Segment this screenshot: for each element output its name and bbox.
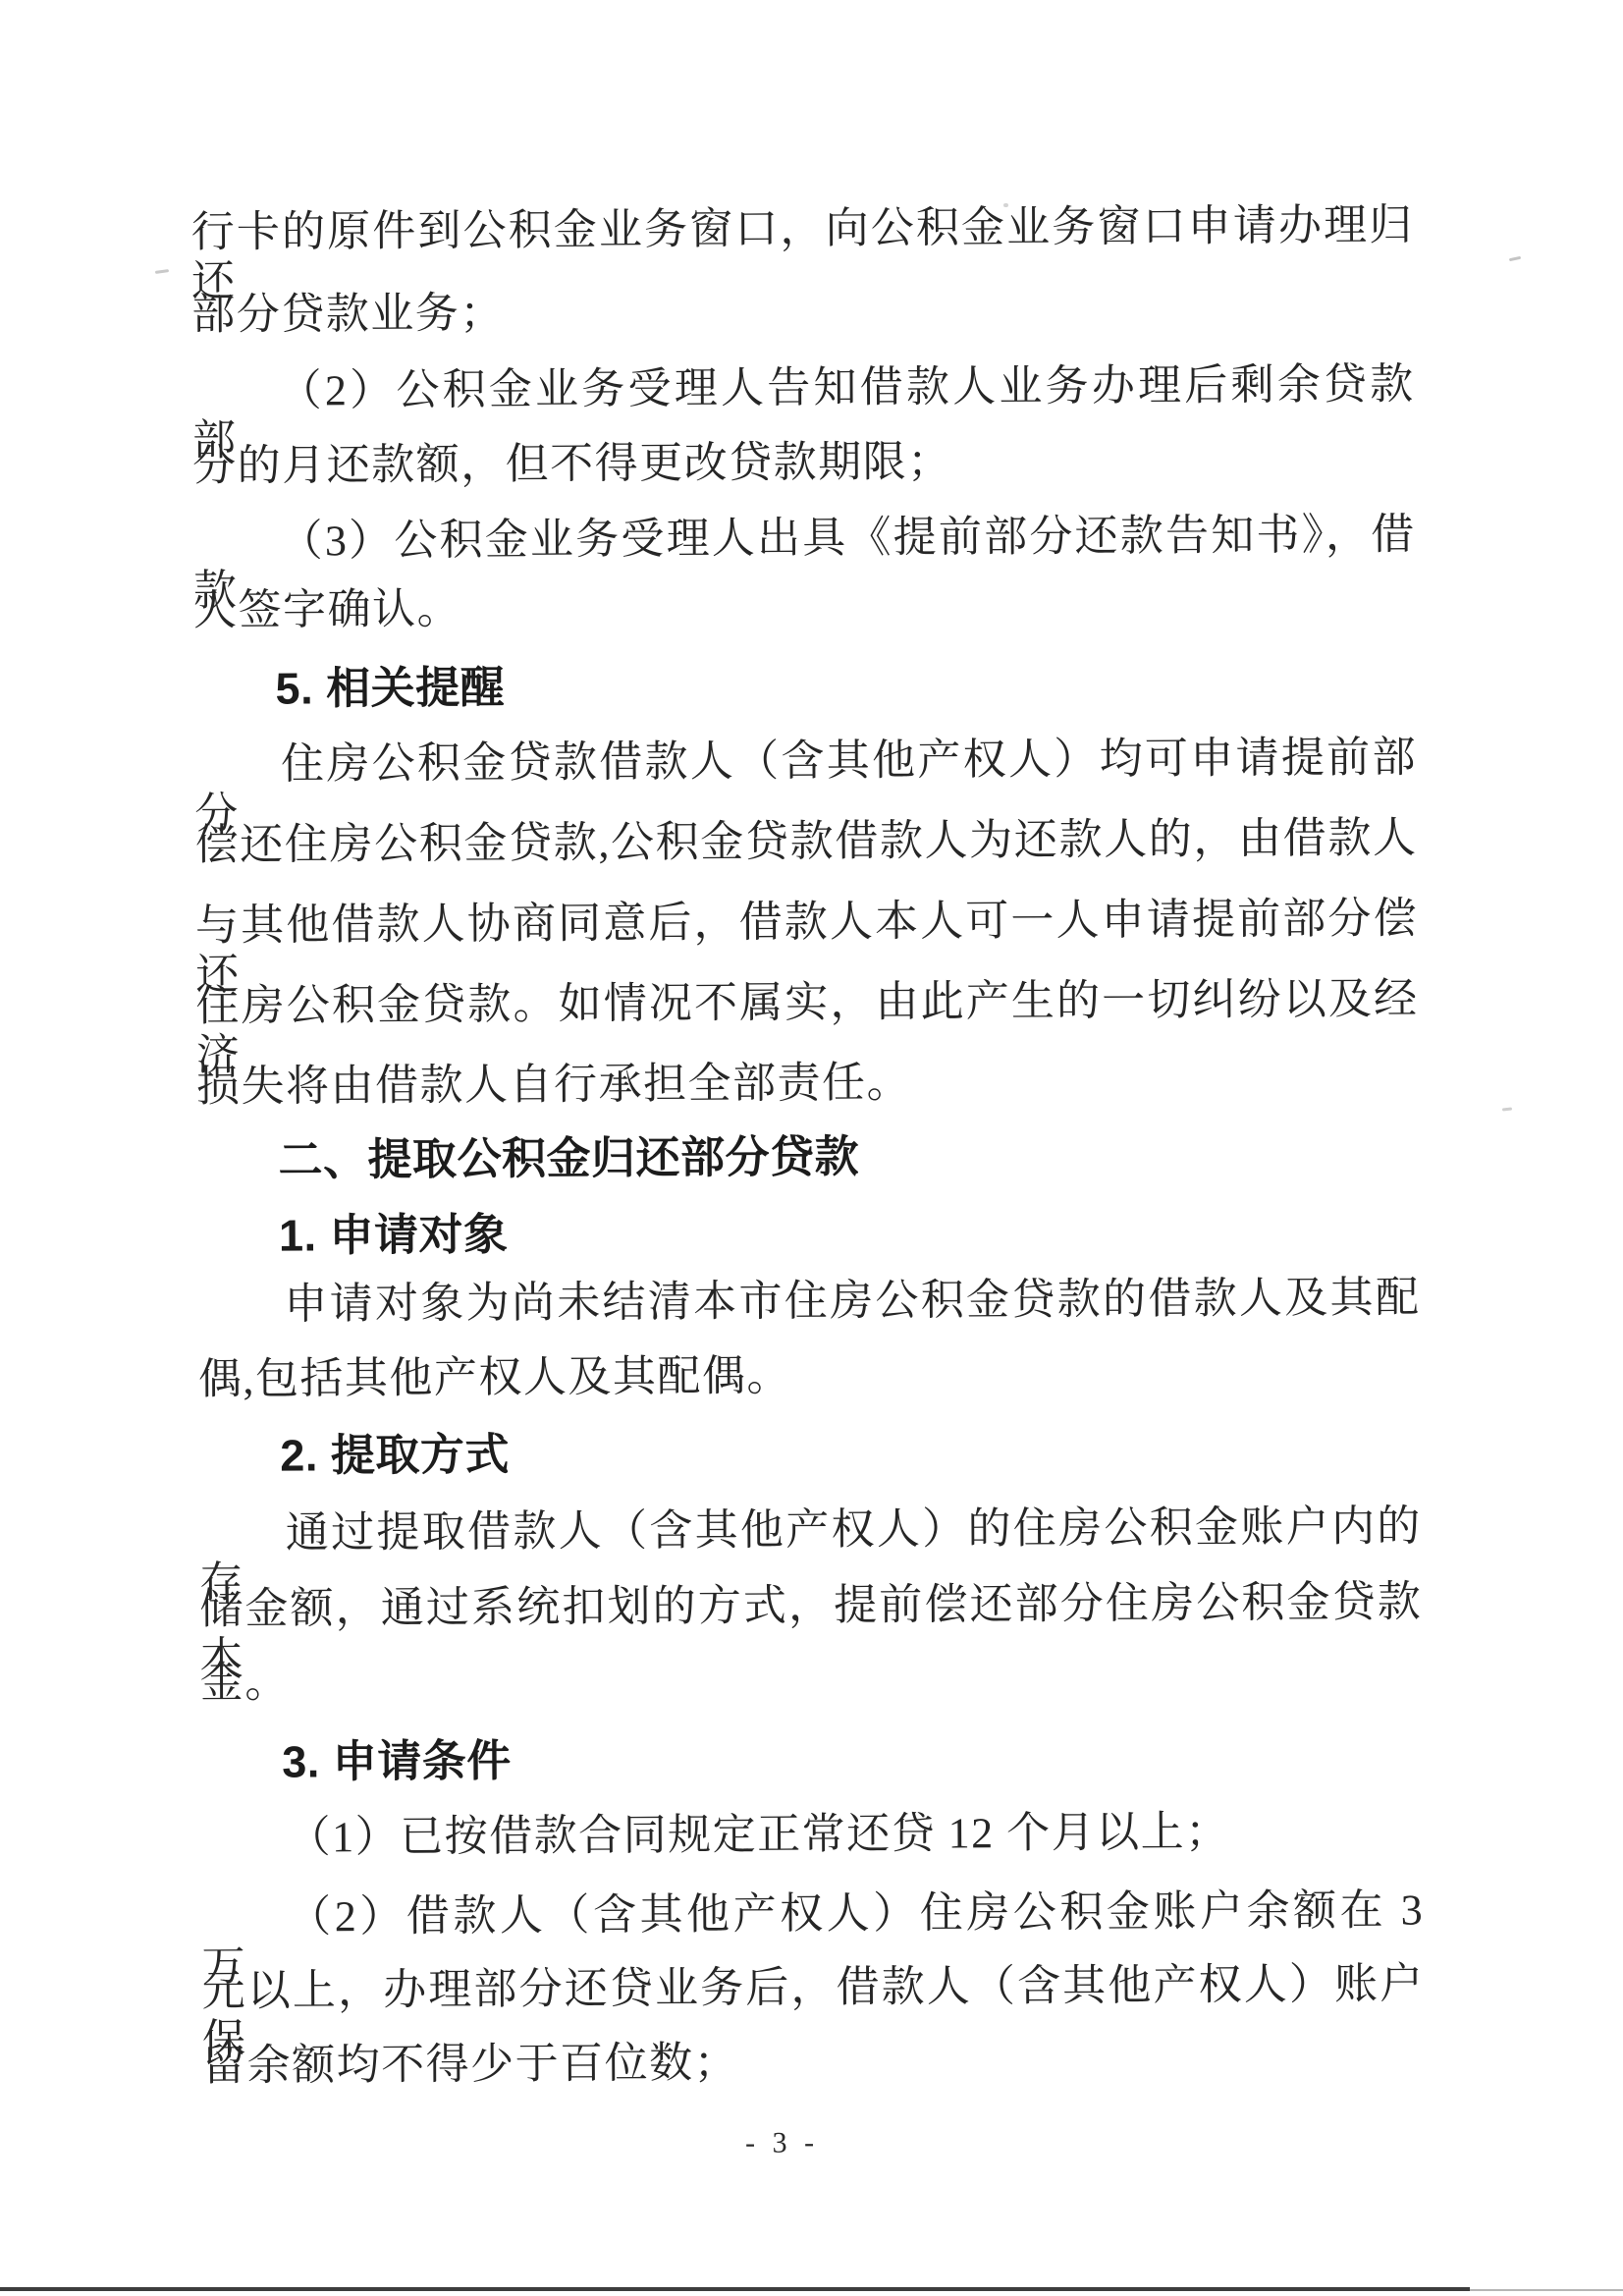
section-heading: 二、提取公积金归还部分贷款 xyxy=(278,1132,859,1185)
document-body: 行卡的原件到公积金业务窗口，向公积金业务窗口申请办理归还 部分贷款业务； （2）… xyxy=(0,0,1623,2296)
text-line: 部分贷款业务； xyxy=(191,284,1414,341)
text-line: 留余额均不得少于百位数； xyxy=(202,2035,1425,2092)
scan-edge-artifact xyxy=(0,2287,1470,2291)
scan-edge-artifact xyxy=(1470,2289,1623,2291)
text-line: 偶,包括其他产权人及其配偶。 xyxy=(198,1348,1421,1405)
text-line: 申请对象为尚未结清本市住房公积金贷款的借款人及其配 xyxy=(197,1274,1420,1331)
page-number: - 3 - xyxy=(7,2122,1558,2165)
section-heading: 1. 申请对象 xyxy=(279,1210,509,1260)
text-line: 人签字确认。 xyxy=(193,579,1416,636)
text-line: 分的月还款额，但不得更改贷款期限； xyxy=(192,435,1415,492)
section-heading: 2. 提取方式 xyxy=(280,1430,510,1480)
text-line: （1）已按借款合同规定正常还贷 12 个月以上； xyxy=(201,1807,1424,1864)
text-line: 金。 xyxy=(200,1652,1423,1709)
scan-speck xyxy=(1003,203,1008,207)
text-line: 偿还住房公积金贷款,公积金贷款借款人为还款人的，由借款人 xyxy=(194,814,1417,871)
section-heading: 3. 申请条件 xyxy=(282,1736,512,1786)
text-line: 损失将由借款人自行承担全部责任。 xyxy=(196,1056,1419,1113)
section-heading: 5. 相关提醒 xyxy=(275,663,505,713)
scanned-document-page: 行卡的原件到公积金业务窗口，向公积金业务窗口申请办理归还 部分贷款业务； （2）… xyxy=(0,0,1623,2296)
